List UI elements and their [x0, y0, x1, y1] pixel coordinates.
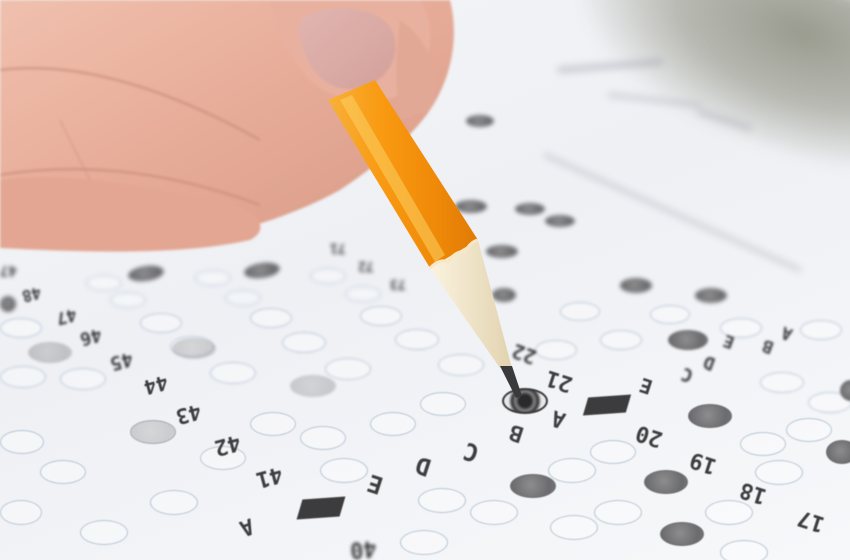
- answer-bubble[interactable]: [755, 460, 803, 485]
- row-marker-square: [583, 395, 631, 416]
- option-letter: B: [760, 335, 776, 357]
- answer-bubble[interactable]: [150, 490, 198, 515]
- answer-bubble[interactable]: [0, 318, 42, 338]
- filled-bubble[interactable]: [668, 330, 708, 350]
- answer-bubble[interactable]: [195, 270, 231, 286]
- question-number-label: 41: [253, 461, 285, 492]
- question-number-label: 72: [358, 258, 374, 273]
- filled-bubble[interactable]: [826, 440, 850, 464]
- filled-bubble[interactable]: [515, 203, 545, 215]
- answer-bubble[interactable]: [0, 500, 42, 525]
- filled-bubble[interactable]: [127, 264, 165, 284]
- answer-bubble[interactable]: [560, 302, 600, 321]
- question-number-label: 47: [54, 304, 79, 329]
- answer-bubble[interactable]: [0, 430, 44, 454]
- filled-bubble[interactable]: [688, 404, 732, 428]
- answer-bubble[interactable]: [325, 358, 371, 380]
- answer-bubble[interactable]: [28, 342, 72, 363]
- answer-bubble[interactable]: [395, 329, 439, 350]
- filled-bubble[interactable]: [243, 261, 281, 281]
- filled-bubble[interactable]: [492, 288, 516, 302]
- answer-bubble[interactable]: [282, 332, 326, 353]
- question-number-label: 43: [173, 399, 204, 429]
- answer-bubble[interactable]: [535, 340, 577, 360]
- answer-bubble[interactable]: [600, 330, 642, 350]
- answer-bubble[interactable]: [172, 338, 216, 359]
- answer-bubble[interactable]: [60, 368, 106, 390]
- answer-bubble[interactable]: [800, 320, 842, 340]
- answer-bubble[interactable]: [594, 500, 642, 525]
- answer-bubble[interactable]: [300, 426, 346, 450]
- filled-bubble[interactable]: [545, 215, 575, 227]
- marked-answer-bubble[interactable]: [502, 388, 548, 414]
- answer-bubble[interactable]: [0, 366, 46, 388]
- filled-bubble[interactable]: [486, 245, 518, 258]
- answer-bubble[interactable]: [720, 540, 768, 560]
- answer-bubble[interactable]: [40, 460, 86, 484]
- answer-bubble[interactable]: [370, 412, 416, 436]
- question-number-label: 21: [543, 365, 576, 397]
- answer-bubble[interactable]: [438, 354, 484, 376]
- answer-bubble[interactable]: [110, 292, 146, 308]
- answer-bubble[interactable]: [760, 372, 804, 393]
- question-number-label: 45: [108, 347, 136, 374]
- answer-bubble[interactable]: [650, 305, 690, 324]
- filled-bubble[interactable]: [466, 115, 494, 127]
- question-number-label: 22: [509, 339, 540, 370]
- answer-bubble[interactable]: [290, 375, 336, 397]
- option-letter: A: [779, 322, 795, 344]
- answer-bubble[interactable]: [590, 440, 636, 464]
- answer-bubble[interactable]: [140, 313, 182, 333]
- option-letter: E: [637, 373, 656, 400]
- question-number-label: 40: [349, 535, 378, 560]
- answer-bubble[interactable]: [86, 275, 122, 291]
- answer-bubble[interactable]: [210, 362, 256, 384]
- question-number-label: 48: [20, 283, 44, 306]
- answer-bubble[interactable]: [548, 458, 596, 483]
- question-number-label: 19: [687, 447, 720, 479]
- filled-bubble[interactable]: [695, 288, 727, 303]
- answer-bubble[interactable]: [310, 268, 346, 284]
- answer-bubble[interactable]: [420, 392, 466, 416]
- answer-sheet-photo: 47 71 72 73 48 47 46 45: [0, 0, 850, 560]
- row-marker-square: [297, 497, 346, 520]
- question-number-label: 73: [390, 276, 406, 291]
- answer-bubble[interactable]: [470, 500, 518, 525]
- answer-bubble[interactable]: [360, 306, 402, 326]
- answer-bubble[interactable]: [740, 432, 786, 456]
- option-letter: C: [679, 363, 696, 386]
- question-number-label: 44: [141, 370, 170, 399]
- option-letter: A: [548, 405, 568, 433]
- answer-bubble[interactable]: [550, 515, 598, 540]
- answer-bubble[interactable]: [250, 308, 292, 328]
- filled-bubble[interactable]: [0, 296, 16, 312]
- filled-bubble[interactable]: [620, 278, 652, 293]
- answer-bubble[interactable]: [80, 520, 128, 545]
- option-letter: D: [701, 351, 718, 374]
- answer-bubble[interactable]: [786, 418, 832, 442]
- question-number-label: 47: [0, 262, 17, 278]
- question-number-label: 20: [633, 420, 666, 452]
- option-letter: C: [460, 436, 482, 467]
- answer-bubble[interactable]: [250, 412, 296, 436]
- answer-bubble[interactable]: [130, 420, 176, 444]
- answer-bubble[interactable]: [320, 458, 368, 483]
- filled-bubble[interactable]: [510, 474, 556, 498]
- answer-bubble[interactable]: [705, 500, 753, 525]
- answer-bubble[interactable]: [418, 488, 466, 513]
- answer-bubble[interactable]: [225, 290, 261, 306]
- answer-bubble[interactable]: [400, 530, 448, 555]
- filled-bubble[interactable]: [644, 470, 688, 494]
- option-letter: A: [236, 512, 257, 540]
- filled-bubble[interactable]: [660, 522, 704, 546]
- question-number-label: 17: [795, 505, 828, 537]
- question-number-label: 46: [78, 324, 104, 350]
- hand: [0, 0, 470, 260]
- option-letter: B: [506, 419, 526, 447]
- answer-bubble[interactable]: [345, 286, 381, 302]
- option-letter: D: [412, 450, 434, 481]
